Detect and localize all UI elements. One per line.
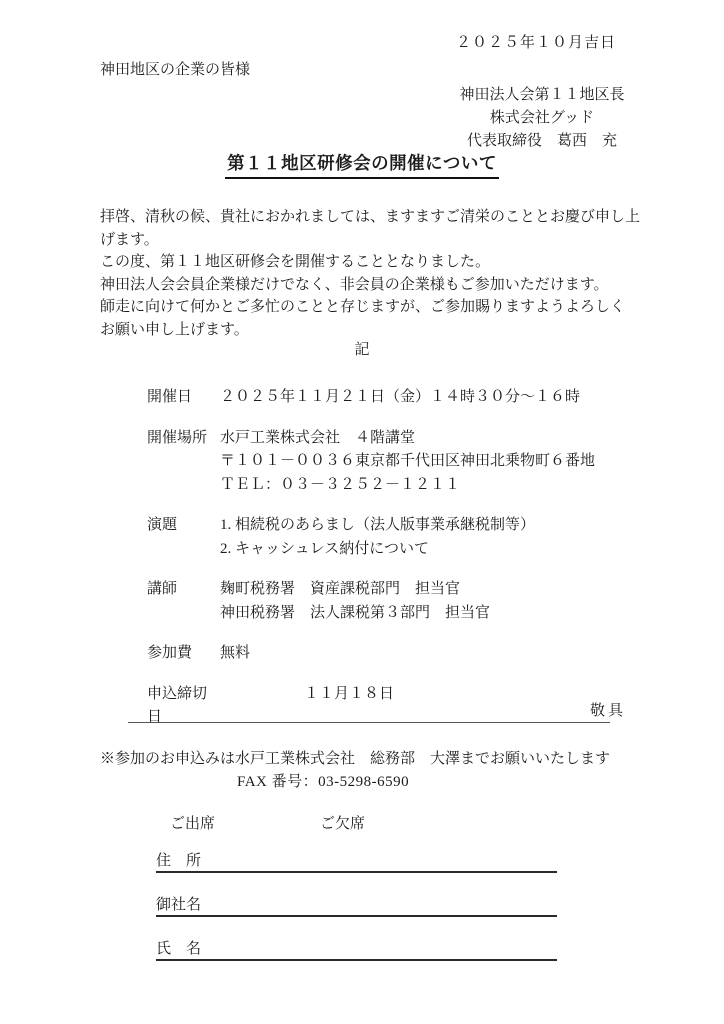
attendance-absent-label: ご欠席 — [320, 812, 365, 833]
detail-line: ＴＥＬ：０３－３２５２－１２１１ — [220, 474, 627, 498]
divider-line — [128, 722, 610, 723]
fax-number-line: FAX 番号：03-5298-6590 — [237, 770, 409, 791]
detail-row-topics: 演題 1. 相続税のあらまし（法人版事業承継税制等） 2. キャッシュレス納付に… — [147, 514, 627, 561]
detail-value: 1. 相続税のあらまし（法人版事業承継税制等） 2. キャッシュレス納付について — [220, 514, 627, 561]
detail-value: 麹町税務署 資産課税部門 担当官 神田税務署 法人課税第３部門 担当官 — [220, 578, 627, 625]
recipient-line: 神田地区の企業の皆様 — [100, 58, 250, 79]
detail-label: 講師 — [147, 578, 220, 625]
detail-line: 無料 — [220, 642, 627, 666]
body-line: この度、第１１地区研修会を開催することとなりました。 — [100, 251, 640, 274]
form-row-company: 御社名 — [156, 894, 557, 917]
detail-line: 〒１０１－００３６東京都千代田区神田北乗物町６番地 — [220, 450, 627, 474]
sender-org: 神田法人会第１１地区長 — [452, 84, 632, 107]
detail-line: 1. 相続税のあらまし（法人版事業承継税制等） — [220, 514, 627, 538]
body-line: 神田法人会会員企業様だけでなく、非会員の企業様もご参加いただけます。 — [100, 274, 640, 297]
detail-label: 開催場所 — [147, 427, 220, 498]
details-section: 開催日 ２０２５年１１月２１日（金）１４時３０分～１６時 開催場所 水戸工業株式… — [147, 386, 627, 747]
page-title-text: 第１１地区研修会の開催について — [225, 150, 499, 179]
form-row-address: 住 所 — [156, 850, 557, 873]
date-line: ２０２５年１０月吉日 — [456, 31, 616, 52]
form-label-company: 御社名 — [156, 893, 201, 914]
application-note: ※参加のお申込みは水戸工業株式会社 総務部 大澤までお願いいたします — [100, 747, 610, 768]
body-paragraph: 拝啓、清秋の候、貴社におかれましては、ますますご清栄のこととお慶び申し上 げます… — [100, 206, 640, 342]
sender-block: 神田法人会第１１地区長 株式会社グッド 代表取締役 葛西 充 — [452, 84, 632, 153]
detail-label: 演題 — [147, 514, 220, 561]
detail-line: ２０２５年１１月２１日（金）１４時３０分～１６時 — [220, 386, 627, 410]
page-title: 第１１地区研修会の開催について — [0, 150, 724, 179]
detail-row-date: 開催日 ２０２５年１１月２１日（金）１４時３０分～１６時 — [147, 386, 627, 410]
form-row-name: 氏 名 — [156, 938, 557, 961]
detail-line: １１月１８日 — [304, 683, 627, 707]
body-line: 師走に向けて何かとご多忙のことと存じますが、ご参加賜りますようよろしく — [100, 296, 640, 319]
attendance-attend-label: ご出席 — [170, 812, 215, 833]
detail-row-fee: 参加費 無料 — [147, 642, 627, 666]
ki-marker: 記 — [0, 338, 724, 359]
body-line: 拝啓、清秋の候、貴社におかれましては、ますますご清栄のこととお慶び申し上 — [100, 206, 640, 229]
detail-value: 水戸工業株式会社 ４階講堂 〒１０１－００３６東京都千代田区神田北乗物町６番地 … — [220, 427, 627, 498]
detail-row-lecturers: 講師 麹町税務署 資産課税部門 担当官 神田税務署 法人課税第３部門 担当官 — [147, 578, 627, 625]
letter-page: ２０２５年１０月吉日 神田地区の企業の皆様 神田法人会第１１地区長 株式会社グッ… — [0, 0, 724, 1024]
body-line: げます。 — [100, 229, 640, 252]
detail-line: 麹町税務署 資産課税部門 担当官 — [220, 578, 627, 602]
detail-value: 無料 — [220, 642, 627, 666]
detail-value: ２０２５年１１月２１日（金）１４時３０分～１６時 — [220, 386, 627, 410]
detail-line: 水戸工業株式会社 ４階講堂 — [220, 427, 627, 451]
detail-row-venue: 開催場所 水戸工業株式会社 ４階講堂 〒１０１－００３６東京都千代田区神田北乗物… — [147, 427, 627, 498]
form-label-address: 住 所 — [156, 849, 201, 870]
form-label-name: 氏 名 — [156, 937, 201, 958]
closing-word: 敬具 — [590, 699, 626, 720]
sender-company: 株式会社グッド — [452, 107, 632, 130]
detail-label: 参加費 — [147, 642, 220, 666]
detail-line: 2. キャッシュレス納付について — [220, 538, 627, 562]
detail-line: 神田税務署 法人課税第３部門 担当官 — [220, 602, 627, 626]
detail-label: 開催日 — [147, 386, 220, 410]
